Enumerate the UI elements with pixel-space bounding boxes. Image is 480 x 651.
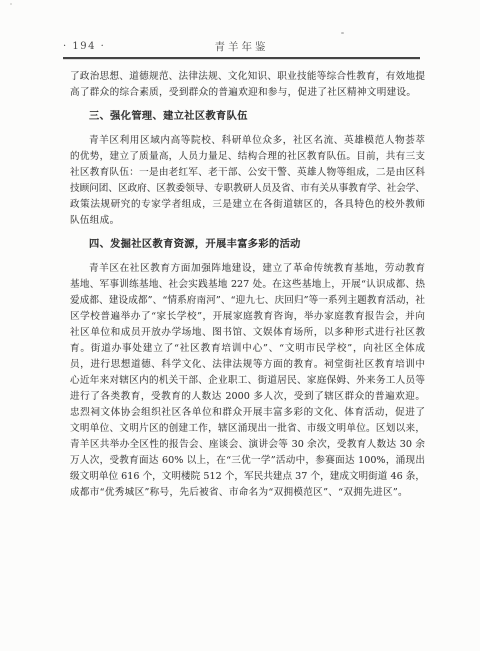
body-text-line: 高了群众的综合素质，受到群众的普遍欢迎和参与，促进了社区精神文明建设。 bbox=[70, 85, 425, 101]
body-text-line: 技顾问团、区政府、区教委领导、专职教研人员及省、市有关从事教育学、社会学、 bbox=[70, 181, 425, 197]
body-text-line: 成都市“优秀城区”称号，先后被省、市命名为“双拥模范区”、“双拥先进区”。 bbox=[70, 485, 425, 501]
body-text-line: 社区教育队伍：一是由老红军、老干部、公安干警、英雄人物等组成，二是由区科 bbox=[70, 165, 425, 181]
running-head: · 194 · 青羊年鉴 bbox=[63, 40, 420, 55]
body-text-line: 心近年来对辖区内的机关干部、企业职工、街道居民、家庭保姆、外来务工人员等 bbox=[70, 373, 425, 389]
body-text-line: 了政治思想、道德规范、法律法规、文化知识、职业技能等综合性教育，有效地提 bbox=[70, 69, 425, 85]
body-text-line: 进行了各类教育，受教育的人数达 2000 多人次，受到了辖区群众的普遍欢迎。 bbox=[70, 389, 425, 405]
body-text-line: 爱成都、建设成都”、“情系府南河”、“迎九七、庆回归”等一系列主题教育活动，社 bbox=[70, 293, 425, 309]
body-text-line: 万人次，受教育面达 60% 以上，在“三优一学”活动中，参赛面达 100%，涌现… bbox=[70, 453, 425, 469]
body-text-line: 级文明单位 616 个，文明楼院 512 个，军民共建点 37 个，建成文明街道… bbox=[70, 469, 425, 485]
body-text-line: 忠烈祠文体协会组织社区各单位和群众开展丰富多彩的文化、体育活动，促进了 bbox=[70, 405, 425, 421]
page-body: 了政治思想、道德规范、法律法规、文化知识、职业技能等综合性教育，有效地提高了群众… bbox=[70, 69, 425, 501]
section-heading: 三、强化管理、建立社区教育队伍 bbox=[89, 109, 425, 125]
body-text-line: 员，进行思想道德、科学文化、法律法规等方面的教育。祠堂街社区教育培训中 bbox=[70, 357, 425, 373]
page-number: · 194 · bbox=[63, 40, 105, 54]
body-text-line: 队伍组成。 bbox=[70, 213, 425, 229]
scanned-yearbook-page: · 194 · 青羊年鉴 了政治思想、道德规范、法律法规、文化知识、职业技能等综… bbox=[0, 0, 480, 651]
body-text-line: 青羊区共举办全区性的报告会、座谈会、演讲会等 30 余次，受教育人数达 30 余 bbox=[70, 437, 425, 453]
body-text-line: 育。街道办事处建立了“社区教育培训中心”、“文明市民学校”，向社区全体成 bbox=[70, 341, 425, 357]
scan-speck bbox=[341, 32, 344, 34]
scan-speck bbox=[10, 3, 12, 5]
header-divider bbox=[63, 57, 420, 59]
header-title: 青羊年鉴 bbox=[215, 40, 269, 54]
body-text-line: 政策法规研究的专家学者组成，三是建立在各街道辖区的，各具特色的校外教师 bbox=[70, 197, 425, 213]
body-text-line: 社区单位和成员开放办学场地、图书馆、文娱体育场所，以多种形式进行社区教 bbox=[70, 325, 425, 341]
section-heading: 四、发掘社区教育资源，开展丰富多彩的活动 bbox=[89, 237, 425, 253]
body-text-line: 青羊区利用区域内高等院校、科研单位众多，社区名流、英雄模范人物荟萃 bbox=[70, 133, 425, 149]
body-text-line: 青羊区在社区教育方面加强阵地建设，建立了革命传统教育基地，劳动教育 bbox=[70, 261, 425, 277]
body-text-line: 区学校普遍举办了“家长学校”，开展家庭教育咨询，举办家庭教育报告会，并向 bbox=[70, 309, 425, 325]
body-text-line: 的优势，建立了质量高，人员力量足、结构合理的社区教育队伍。目前，共有三支 bbox=[70, 149, 425, 165]
body-text-line: 文明单位、文明片区的创建工作，辖区涌现出一批省、市级文明单位。区划以来， bbox=[70, 421, 425, 437]
body-text-line: 基地、军事训练基地、社会实践基地 227 处。在这些基地上，开展“认识成都、热 bbox=[70, 277, 425, 293]
